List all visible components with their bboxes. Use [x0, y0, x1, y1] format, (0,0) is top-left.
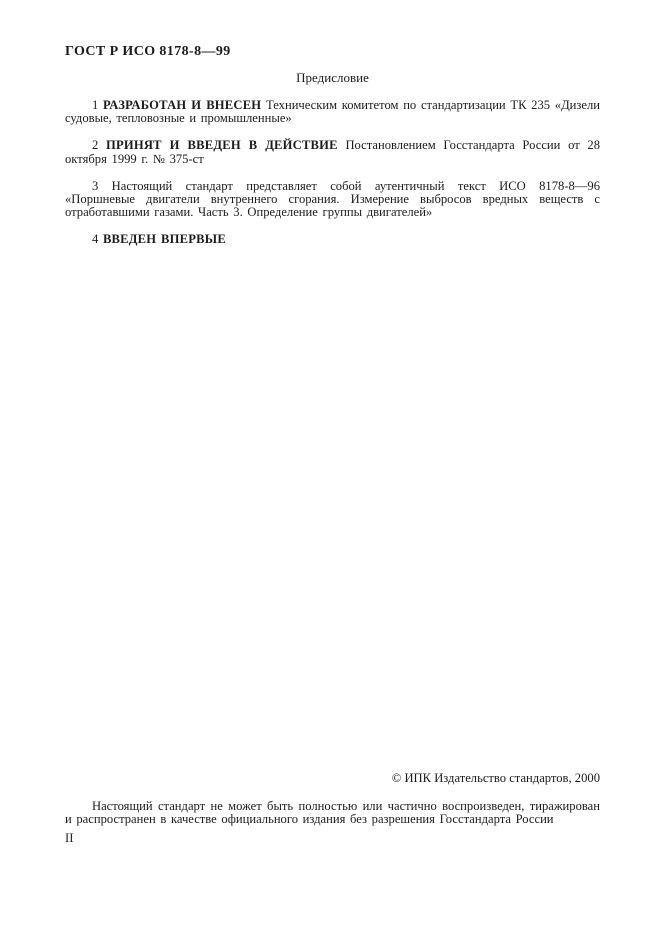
preface-paragraph-4: 4 ВВЕДЕН ВПЕРВЫЕ: [65, 233, 600, 246]
paragraph-number: 4: [92, 232, 98, 246]
preface-paragraph-3: 3 Настоящий стандарт представляет собой …: [65, 180, 600, 220]
paragraph-lead: ВВЕДЕН ВПЕРВЫЕ: [103, 232, 226, 246]
paragraph-number: 2: [92, 138, 98, 152]
paragraph-number: 3: [92, 179, 98, 193]
document-page: ГОСТ Р ИСО 8178-8—99 Предисловие 1 РАЗРА…: [0, 0, 661, 936]
paragraph-number: 1: [92, 98, 98, 112]
copyright-line: © ИПК Издательство стандартов, 2000: [65, 771, 600, 785]
document-designation: ГОСТ Р ИСО 8178-8—99: [65, 44, 600, 59]
blank-area: [65, 247, 600, 771]
section-title: Предисловие: [65, 70, 600, 85]
paragraph-text: Настоящий стандарт представляет собой ау…: [65, 179, 600, 219]
page-number: II: [65, 832, 600, 845]
legal-notice: Настоящий стандарт не может быть полност…: [65, 800, 600, 826]
preface-paragraph-2: 2 ПРИНЯТ И ВВЕДЕН В ДЕЙСТВИЕ Постановлен…: [65, 139, 600, 165]
paragraph-lead: ПРИНЯТ И ВВЕДЕН В ДЕЙСТВИЕ: [106, 138, 338, 152]
paragraph-lead: РАЗРАБОТАН И ВНЕСЕН: [103, 98, 261, 112]
preface-paragraph-1: 1 РАЗРАБОТАН И ВНЕСЕН Техническим комите…: [65, 99, 600, 125]
